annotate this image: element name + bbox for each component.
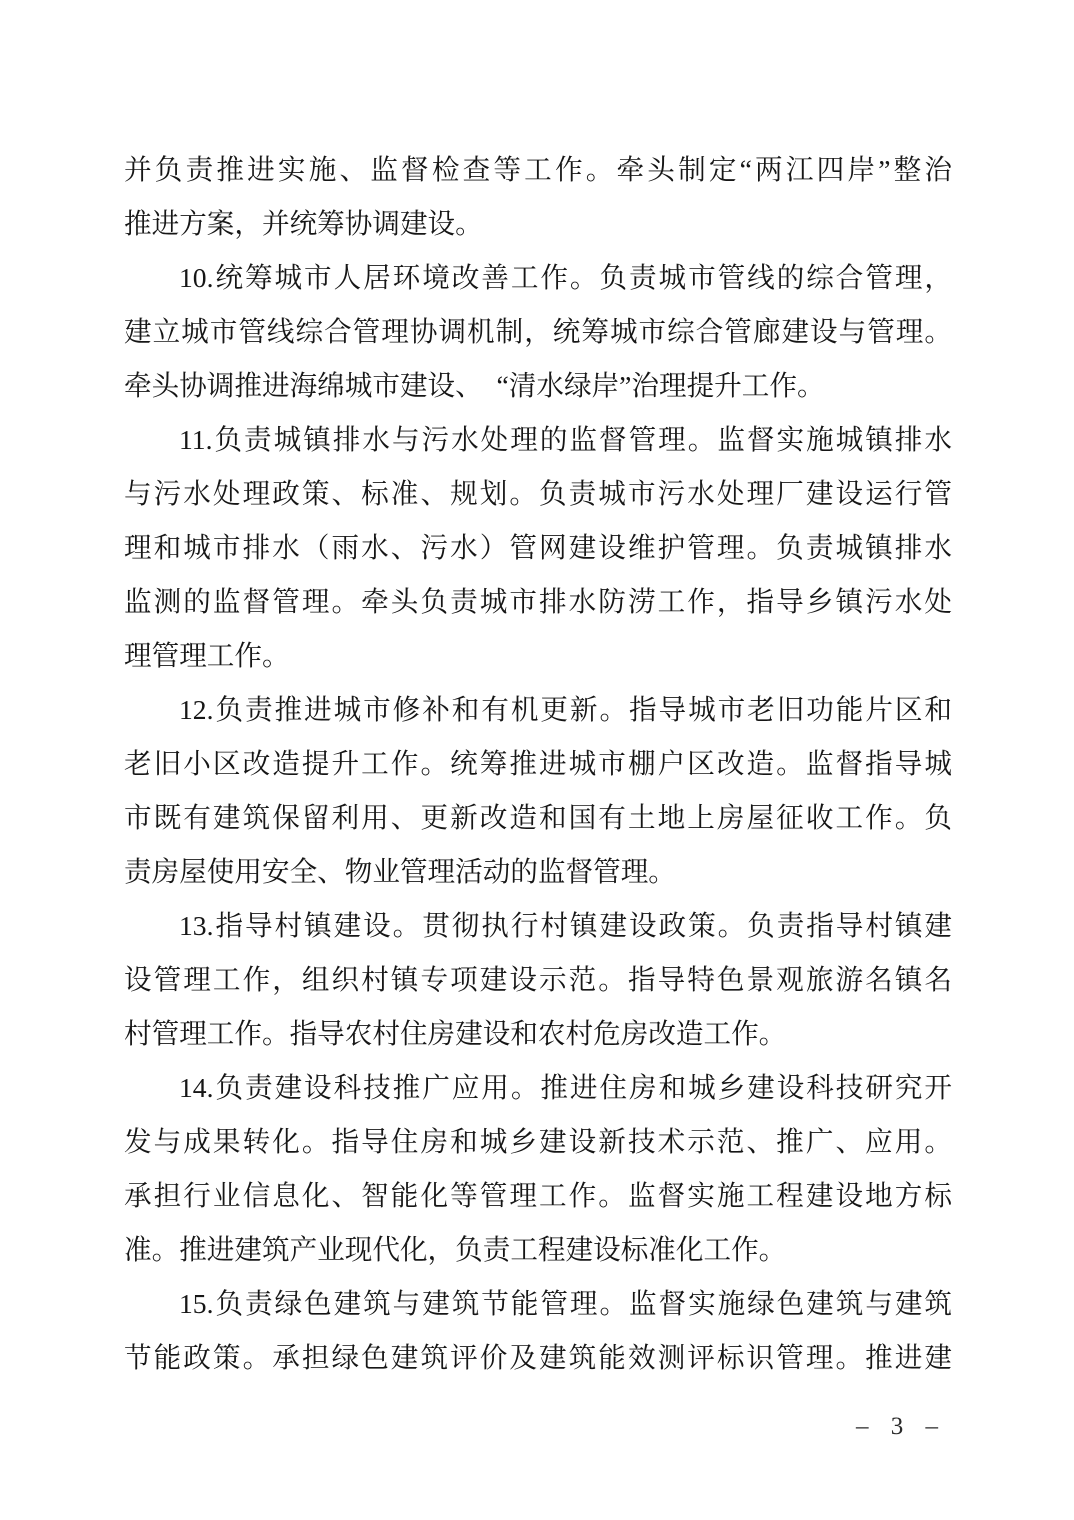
document-page: 并负责推进实施、监督检查等工作。牵头制定“两江四岸”整治推进方案，并统筹协调建设… <box>0 0 1074 1520</box>
paragraph-line: 与污水处理政策、标准、规划。负责城市污水处理厂建设运行管 <box>124 467 952 521</box>
paragraph-line: 承担行业信息化、智能化等管理工作。监督实施工程建设地方标 <box>124 1169 952 1223</box>
paragraph: 15.负责绿色建筑与建筑节能管理。监督实施绿色建筑与建筑节能政策。承担绿色建筑评… <box>124 1277 952 1385</box>
paragraph-line: 13.指导村镇建设。贯彻执行村镇建设政策。负责指导村镇建 <box>124 899 952 953</box>
paragraph: 11.负责城镇排水与污水处理的监督管理。监督实施城镇排水与污水处理政策、标准、规… <box>124 413 952 683</box>
paragraph-line: 理和城市排水（雨水、污水）管网建设维护管理。负责城镇排水 <box>124 521 952 575</box>
document-body: 并负责推进实施、监督检查等工作。牵头制定“两江四岸”整治推进方案，并统筹协调建设… <box>124 143 952 1385</box>
paragraph-line: 准。推进建筑产业现代化，负责工程建设标准化工作。 <box>124 1223 952 1277</box>
paragraph-line: 设管理工作，组织村镇专项建设示范。指导特色景观旅游名镇名 <box>124 953 952 1007</box>
paragraph-line: 市既有建筑保留利用、更新改造和国有土地上房屋征收工作。负 <box>124 791 952 845</box>
paragraph-line: 12.负责推进城市修补和有机更新。指导城市老旧功能片区和 <box>124 683 952 737</box>
paragraph-line: 节能政策。承担绿色建筑评价及建筑能效测评标识管理。推进建 <box>124 1331 952 1385</box>
paragraph-line: 理管理工作。 <box>124 629 952 683</box>
paragraph: 12.负责推进城市修补和有机更新。指导城市老旧功能片区和老旧小区改造提升工作。统… <box>124 683 952 899</box>
paragraph: 10.统筹城市人居环境改善工作。负责城市管线的综合管理，建立城市管线综合管理协调… <box>124 251 952 413</box>
paragraph-line: 发与成果转化。指导住房和城乡建设新技术示范、推广、应用。 <box>124 1115 952 1169</box>
paragraph-line: 推进方案，并统筹协调建设。 <box>124 197 952 251</box>
page-number: – 3 – <box>856 1412 946 1442</box>
paragraph-line: 牵头协调推进海绵城市建设、 “清水绿岸”治理提升工作。 <box>124 359 952 413</box>
paragraph-line: 监测的监督管理。牵头负责城市排水防涝工作，指导乡镇污水处 <box>124 575 952 629</box>
paragraph-line: 老旧小区改造提升工作。统筹推进城市棚户区改造。监督指导城 <box>124 737 952 791</box>
paragraph-line: 10.统筹城市人居环境改善工作。负责城市管线的综合管理， <box>124 251 952 305</box>
paragraph: 并负责推进实施、监督检查等工作。牵头制定“两江四岸”整治推进方案，并统筹协调建设… <box>124 143 952 251</box>
paragraph-line: 村管理工作。指导农村住房建设和农村危房改造工作。 <box>124 1007 952 1061</box>
paragraph-line: 责房屋使用安全、物业管理活动的监督管理。 <box>124 845 952 899</box>
paragraph-line: 并负责推进实施、监督检查等工作。牵头制定“两江四岸”整治 <box>124 143 952 197</box>
paragraph-line: 14.负责建设科技推广应用。推进住房和城乡建设科技研究开 <box>124 1061 952 1115</box>
paragraph: 14.负责建设科技推广应用。推进住房和城乡建设科技研究开发与成果转化。指导住房和… <box>124 1061 952 1277</box>
paragraph: 13.指导村镇建设。贯彻执行村镇建设政策。负责指导村镇建设管理工作，组织村镇专项… <box>124 899 952 1061</box>
paragraph-line: 建立城市管线综合管理协调机制，统筹城市综合管廊建设与管理。 <box>124 305 952 359</box>
paragraph-line: 15.负责绿色建筑与建筑节能管理。监督实施绿色建筑与建筑 <box>124 1277 952 1331</box>
paragraph-line: 11.负责城镇排水与污水处理的监督管理。监督实施城镇排水 <box>124 413 952 467</box>
